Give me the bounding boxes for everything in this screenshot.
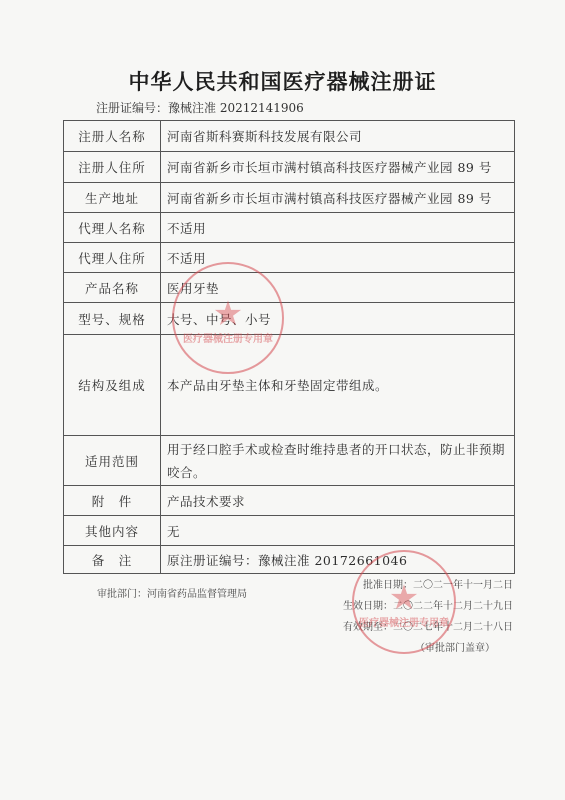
approval-date: 批准日期：二〇二一年十一月二日 <box>343 575 513 596</box>
table-row: 备 注 原注册证编号：豫械注准 20172661046 <box>64 546 515 574</box>
row-value: 医用牙垫 <box>161 273 515 303</box>
table-row: 生产地址 河南省新乡市长垣市满村镇高科技医疗器械产业园 89 号 <box>64 183 515 213</box>
table-row: 型号、规格 大号、中号、小号 <box>64 303 515 335</box>
row-label: 注册人名称 <box>64 121 161 152</box>
table-row: 注册人住所 河南省新乡市长垣市满村镇高科技医疗器械产业园 89 号 <box>64 152 515 183</box>
table-row: 代理人住所 不适用 <box>64 243 515 273</box>
row-value: 无 <box>161 516 515 546</box>
table-row: 结构及组成 本产品由牙垫主体和牙垫固定带组成。 <box>64 335 515 436</box>
row-label: 产品名称 <box>64 273 161 303</box>
table-row: 适用范围 用于经口腔手术或检查时维持患者的开口状态，防止非预期咬合。 <box>64 436 515 486</box>
row-value: 不适用 <box>161 213 515 243</box>
row-value: 本产品由牙垫主体和牙垫固定带组成。 <box>161 335 515 436</box>
row-value: 原注册证编号：豫械注准 20172661046 <box>161 546 515 574</box>
row-label: 附 件 <box>64 486 161 516</box>
row-value: 用于经口腔手术或检查时维持患者的开口状态，防止非预期咬合。 <box>161 436 515 486</box>
row-label: 代理人名称 <box>64 213 161 243</box>
certificate-title: 中华人民共和国医疗器械注册证 <box>0 66 565 96</box>
row-label: 代理人住所 <box>64 243 161 273</box>
registration-number-value: 豫械注准 20212141906 <box>168 101 304 115</box>
row-label: 型号、规格 <box>64 303 161 335</box>
dates-block: 批准日期：二〇二一年十一月二日 生效日期：二〇二二年十二月二十九日 有效期至：二… <box>343 575 513 659</box>
row-value: 大号、中号、小号 <box>161 303 515 335</box>
registration-number: 注册证编号：豫械注准 20212141906 <box>96 99 304 116</box>
table-row: 注册人名称 河南省斯科赛斯科技发展有限公司 <box>64 121 515 152</box>
table-row: 其他内容 无 <box>64 516 515 546</box>
stamp-note: （审批部门盖章） <box>343 638 513 659</box>
row-label: 其他内容 <box>64 516 161 546</box>
row-value: 河南省斯科赛斯科技发展有限公司 <box>161 121 515 152</box>
row-value: 河南省新乡市长垣市满村镇高科技医疗器械产业园 89 号 <box>161 183 515 213</box>
table-row: 代理人名称 不适用 <box>64 213 515 243</box>
valid-until: 有效期至：二〇二七年十二月二十八日 <box>343 617 513 638</box>
table-row: 产品名称 医用牙垫 <box>64 273 515 303</box>
row-label: 注册人住所 <box>64 152 161 183</box>
approval-department: 审批部门：河南省药品监督管理局 <box>97 585 247 600</box>
certificate-table: 注册人名称 河南省斯科赛斯科技发展有限公司 注册人住所 河南省新乡市长垣市满村镇… <box>63 120 515 574</box>
effective-date: 生效日期：二〇二二年十二月二十九日 <box>343 596 513 617</box>
row-value: 产品技术要求 <box>161 486 515 516</box>
registration-number-label: 注册证编号： <box>96 101 168 115</box>
row-value: 不适用 <box>161 243 515 273</box>
row-label: 生产地址 <box>64 183 161 213</box>
row-label: 备 注 <box>64 546 161 574</box>
row-value: 河南省新乡市长垣市满村镇高科技医疗器械产业园 89 号 <box>161 152 515 183</box>
table-row: 附 件 产品技术要求 <box>64 486 515 516</box>
row-label: 适用范围 <box>64 436 161 486</box>
row-label: 结构及组成 <box>64 335 161 436</box>
